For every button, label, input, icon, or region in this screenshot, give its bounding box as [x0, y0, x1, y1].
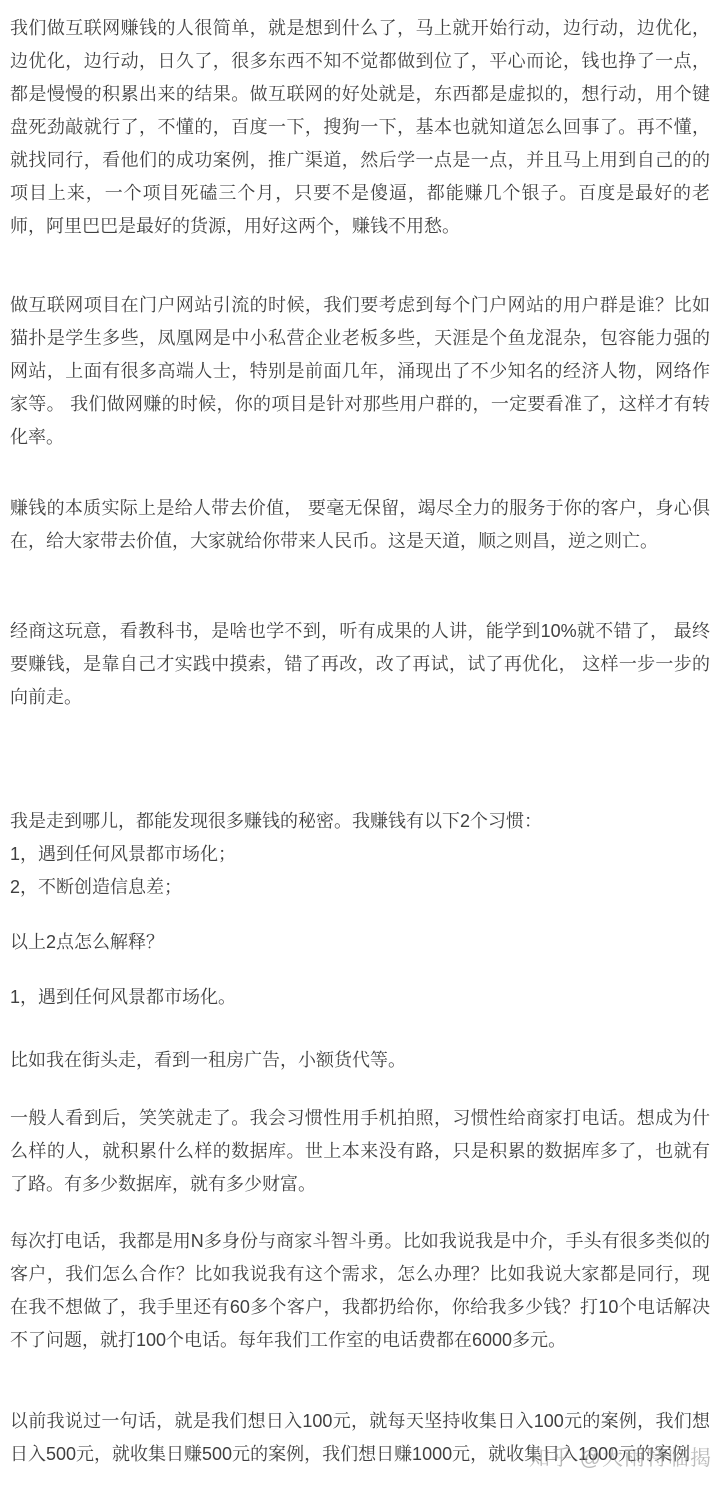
heading-habit-1: 1，遇到任何风景都市场化。	[10, 981, 710, 1014]
paragraph-portal-user-groups: 做互联网项目在门户网站引流的时候，我们要考虑到每个门户网站的用户群是谁？比如猫扑…	[10, 289, 710, 454]
paragraph-explain-question: 以上2点怎么解释？	[10, 926, 710, 959]
paragraph-street-example: 比如我在街头走，看到一租房广告，小额货代等。	[10, 1044, 710, 1077]
paragraph-business-practice: 经商这玩意，看教科书，是啥也学不到，听有成果的人讲，能学到10%就不错了， 最终…	[10, 615, 710, 714]
paragraph-database-wealth: 一般人看到后，笑笑就走了。我会习惯性用手机拍照，习惯性给商家打电话。想成为什么样…	[10, 1102, 710, 1201]
list-item-habit-2: 2，不断创造信息差；	[10, 871, 710, 904]
list-item-habit-1: 1，遇到任何风景都市场化；	[10, 838, 710, 871]
paragraph-value-essence: 赚钱的本质实际上是给人带去价值， 要毫无保留，竭尽全力的服务于你的客户，身心俱在…	[10, 492, 710, 558]
paragraph-habits-intro: 我是走到哪儿，都能发现很多赚钱的秘密。我赚钱有以下2个习惯：	[10, 805, 710, 838]
paragraph-collect-cases: 以前我说过一句话，就是我们想日入100元，就每天坚持收集日入100元的案例，我们…	[10, 1405, 710, 1471]
paragraph-intro-action: 我们做互联网赚钱的人很简单，就是想到什么了，马上就开始行动，边行动，边优化，边优…	[10, 12, 710, 243]
paragraph-phone-calls: 每次打电话，我都是用N多身份与商家斗智斗勇。比如我说我是中介，手头有很多类似的客…	[10, 1225, 710, 1357]
article-body: 我们做互联网赚钱的人很简单，就是想到什么了，马上就开始行动，边行动，边优化，边优…	[0, 0, 720, 1471]
